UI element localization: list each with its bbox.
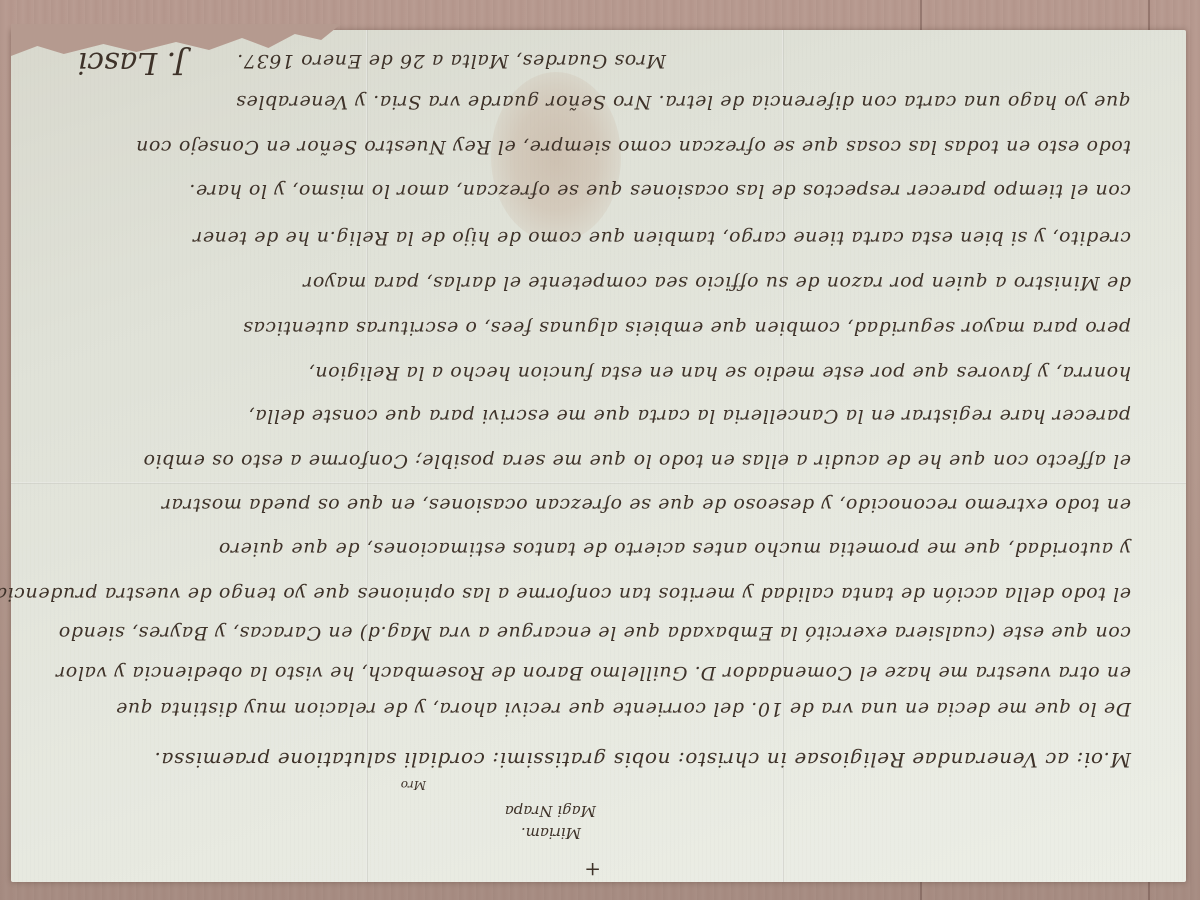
letter-sheet-rotated: Mro M.oi: ac Venerandae Religiosae in ch… [0,0,1200,900]
paper-sheet: Mro M.oi: ac Venerandae Religiosae in ch… [11,30,1186,882]
letter-line: parecer hare registrar en la Cancelleria… [248,405,1131,427]
letter-line: honrra, y favores que por este medio se … [308,362,1131,384]
salutation-abbrev: Mro [401,778,426,792]
letter-line: de Ministro a quien por razon de su offi… [303,272,1131,294]
letter-line: el affecto con que he de acudir a ellas … [143,450,1131,472]
letter-line: De lo que me decia en una vra de 10. del… [115,698,1131,720]
closing-signature: J. Lasci [78,45,186,80]
letter-line: credito, y si bien esta carta tiene carg… [193,227,1131,249]
letter-line: pero para mayor seguridad, combien que e… [243,317,1131,339]
signature-line-2: Magi Nrapa [505,802,596,820]
letter-line: con el tiempo parecer respectos de las o… [189,180,1131,202]
letter-line: Mros Guardes, Malta a 26 de Enero 1637. [237,50,666,72]
fold-line [11,482,1186,484]
letter-line: en otra vuestra me haze el Comendador D.… [56,662,1131,684]
letter-line: el todo della acción de tanta calidad y … [0,583,1131,605]
letter-line: y autoridad, que me prometia mucho antes… [218,538,1131,560]
letter-line: todo esto en todas las cosas que se ofre… [136,136,1131,158]
letter-line: en todo extremo reconocido, y deseoso de… [161,494,1131,516]
letter-line: con que este (cualsiera exercitó la Emba… [58,622,1131,644]
letter-line: M.oi: ac Venerandae Religiosae in christ… [154,748,1131,772]
signature-line-1: Miriam. [521,824,581,842]
cross-mark: + [584,858,601,882]
letter-line: que yo hago una carta con diferencia de … [236,91,1131,113]
